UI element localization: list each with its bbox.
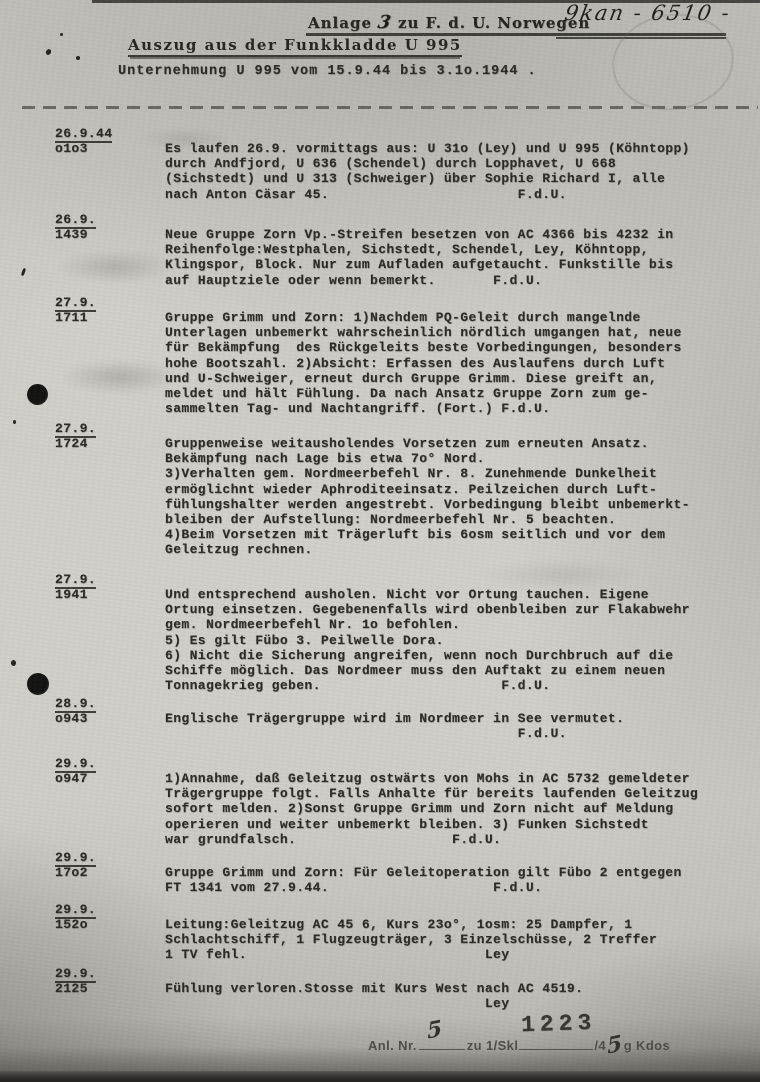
ink-smudge [480, 560, 640, 590]
entry-text: Gruppe Grimm und Zorn: Für Geleitoperati… [165, 865, 682, 895]
ink-smudge [140, 128, 230, 150]
paper-edge-bottom-shadow [0, 1047, 760, 1071]
entry-text: Gruppe Grimm und Zorn: 1)Nachdem PQ-Gele… [165, 310, 682, 416]
ink-smudge [60, 360, 180, 394]
entry-time: o1o3 [55, 141, 88, 156]
ink-blot [27, 384, 48, 405]
entry-time: 152o [55, 917, 88, 932]
anlage-annotation: Anlage 3 zu F. d. U. Norwegen [308, 12, 590, 33]
anlage-prefix: Anlage [308, 14, 372, 32]
entry-time: 1439 [55, 227, 88, 242]
entry-time: o943 [55, 711, 88, 726]
entry-text: Englische Trägergruppe wird im Nordmeer … [165, 711, 624, 741]
entry-text: 1)Annahme, daß Geleitzug ostwärts von Mo… [165, 771, 698, 847]
entry-time: 1724 [55, 436, 88, 451]
ink-speck [11, 660, 16, 666]
scanned-document-page: Anlage 3 zu F. d. U. Norwegen 9kan - 651… [0, 0, 760, 1082]
entry-time: 2125 [55, 981, 88, 996]
document-title: Auszug aus der Funkkladde U 995 [128, 36, 462, 57]
ink-speck [76, 56, 80, 60]
handwritten-number-1: 5 [426, 1015, 443, 1044]
entry-text: Leitung:Geleitzug AC 45 6, Kurs 23o°, 1o… [165, 917, 657, 963]
entry-text: Es laufen 26.9. vormittags aus: U 31o (L… [165, 141, 690, 202]
entry-time: 1711 [55, 310, 88, 325]
anlage-suffix: zu F. d. U. Norwegen [392, 14, 591, 32]
entry-time: 1941 [55, 587, 88, 602]
document-subtitle: Unternehmung U 995 vom 15.9.44 bis 3.1o.… [118, 64, 537, 79]
ink-blot [27, 673, 49, 695]
ink-speck [45, 48, 52, 56]
ink-speck [60, 33, 63, 36]
entry-time: o947 [55, 771, 88, 786]
ink-smudge [55, 250, 175, 284]
entry-text: Und entsprechend ausholen. Nicht vor Ort… [165, 587, 690, 693]
entry-text: Neue Gruppe Zorn Vp.-Streifen besetzen v… [165, 227, 673, 288]
ink-speck [13, 420, 16, 424]
paper-edge-bottom [0, 1071, 760, 1082]
entry-text: Fühlung verloren.Stosse mit Kurs West na… [165, 981, 583, 1011]
entry-time: 17o2 [55, 865, 88, 880]
entry-text: Gruppenweise weitausholendes Vorsetzen z… [165, 436, 690, 558]
stamp-number: 1223 [521, 1010, 597, 1039]
ink-speck [21, 268, 27, 277]
